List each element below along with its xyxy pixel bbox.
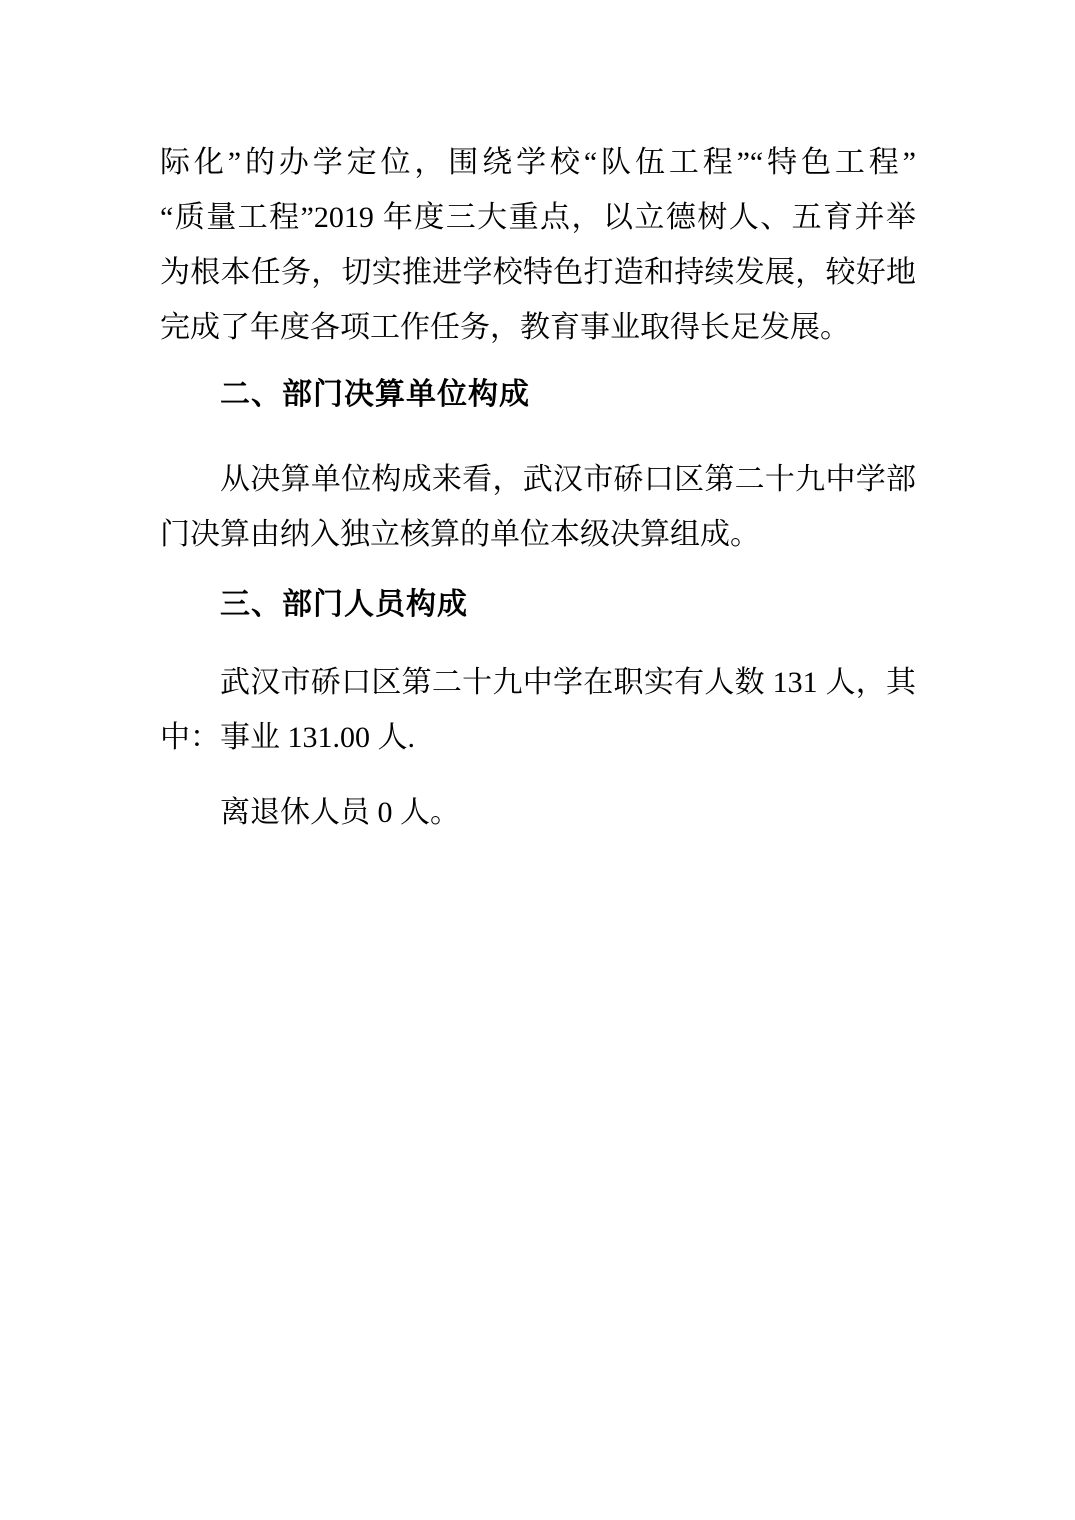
text-line: 完成了年度各项工作任务，教育事业取得长足发展。 — [160, 300, 916, 355]
text-line: 门决算由纳入独立核算的单位本级决算组成。 — [160, 507, 916, 562]
text-line: 从决算单位构成来看，武汉市硚口区第二十九中学部 — [160, 452, 916, 507]
text-line: 为根本任务，切实推进学校特色打造和持续发展，较好地 — [160, 245, 916, 300]
document-page: 际化”的办学定位，围绕学校“队伍工程”“特色工程” “质量工程”2019 年度三… — [0, 0, 1075, 1520]
section-3-paragraph-retired: 离退休人员 0 人。 — [160, 785, 916, 840]
text-line: 离退休人员 0 人。 — [160, 785, 916, 840]
section-3-paragraph-staff: 武汉市硚口区第二十九中学在职实有人数 131 人，其 中：事业 131.00 人… — [160, 655, 916, 765]
text-line: 武汉市硚口区第二十九中学在职实有人数 131 人，其 — [160, 655, 916, 710]
section-2-paragraph: 从决算单位构成来看，武汉市硚口区第二十九中学部 门决算由纳入独立核算的单位本级决… — [160, 452, 916, 562]
section-3-heading: 三、部门人员构成 — [160, 577, 916, 632]
intro-paragraph: 际化”的办学定位，围绕学校“队伍工程”“特色工程” “质量工程”2019 年度三… — [160, 135, 916, 355]
text-line: “质量工程”2019 年度三大重点，以立德树人、五育并举 — [160, 190, 916, 245]
section-2-heading: 二、部门决算单位构成 — [160, 367, 916, 422]
text-line: 中：事业 131.00 人. — [160, 710, 916, 765]
document-content: 际化”的办学定位，围绕学校“队伍工程”“特色工程” “质量工程”2019 年度三… — [160, 135, 916, 840]
text-line: 际化”的办学定位，围绕学校“队伍工程”“特色工程” — [160, 135, 916, 190]
